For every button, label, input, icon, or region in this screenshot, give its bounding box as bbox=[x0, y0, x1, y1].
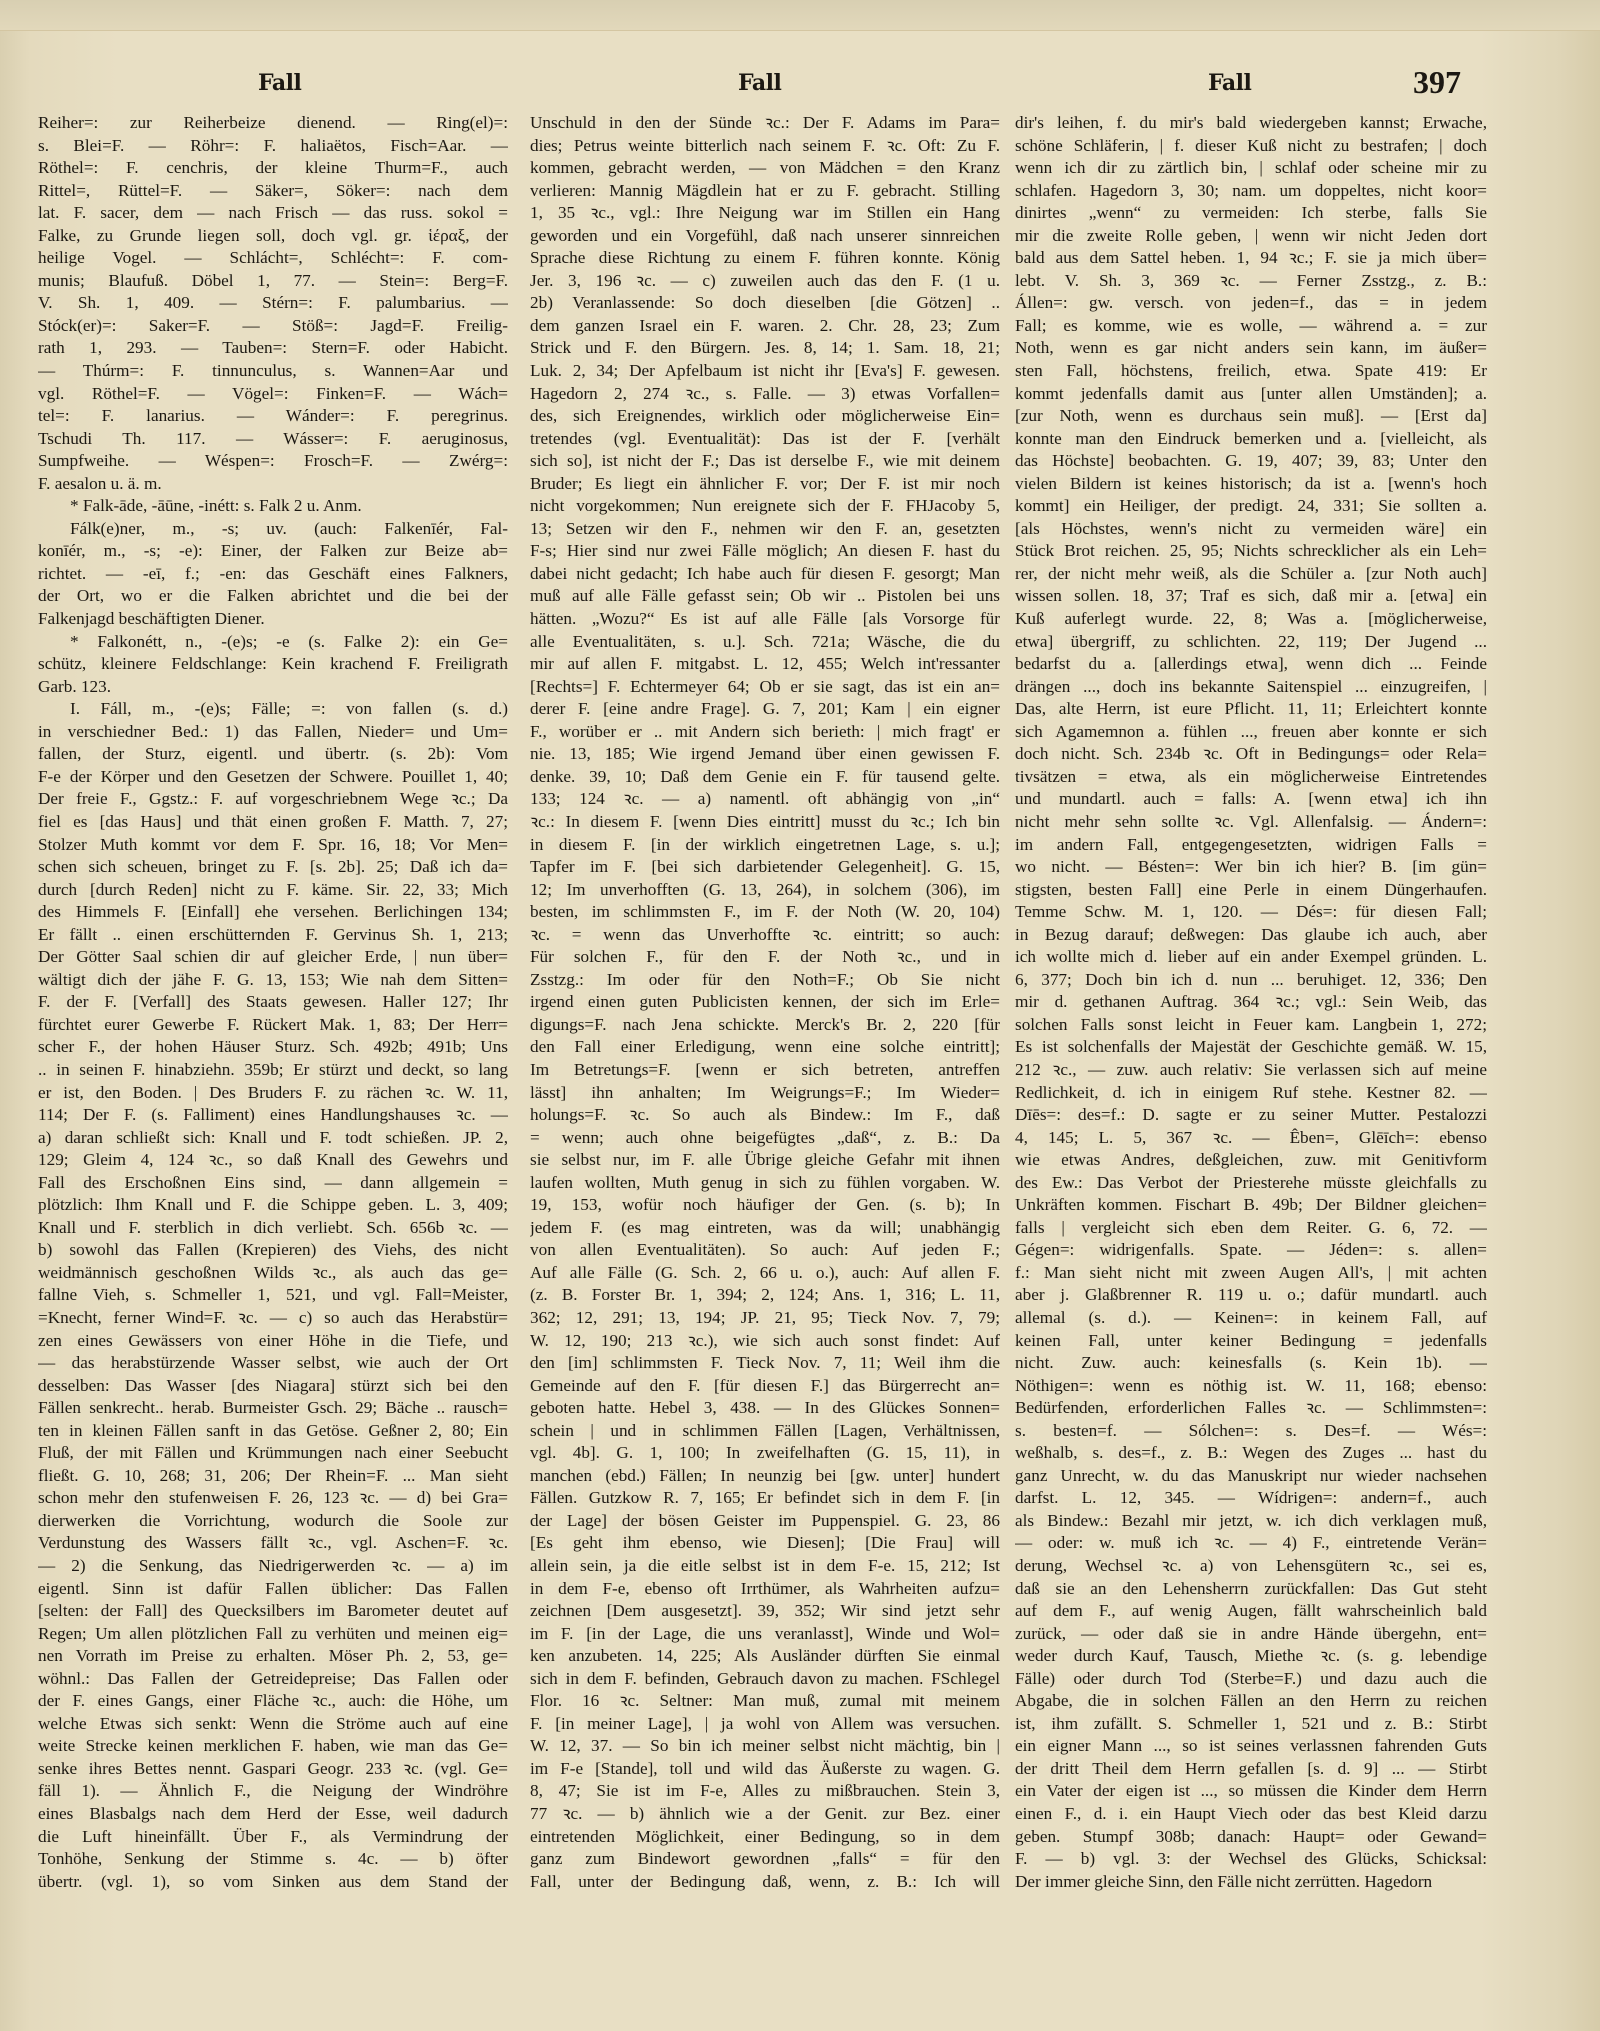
text-line: ten in kleinen Fällen sanft in das Getös… bbox=[38, 1420, 508, 1443]
text-line: Fall, unter der Bedingung daß, wenn, z. … bbox=[530, 1871, 1000, 1894]
text-line: der Ort, wo er die Falken abrichtet und … bbox=[38, 585, 508, 608]
text-line: mir auf allen F. mitgabst. L. 12, 455; W… bbox=[530, 653, 1000, 676]
text-line: denke. 39, 10; Daß dem Genie ein F. für … bbox=[530, 766, 1000, 789]
text-line: kommt jedenfalls damit aus [unter allen … bbox=[1015, 383, 1487, 406]
text-line: rath 1, 293. — Tauben=: Stern=F. oder Ha… bbox=[38, 337, 508, 360]
text-line: hätten. „Wozu?“ Es ist auf alle Fälle [a… bbox=[530, 608, 1000, 631]
text-line: tretendes (vgl. Eventualität): Das ist d… bbox=[530, 428, 1000, 451]
text-line: doch nicht. Sch. 234b ꝛc. Oft in Bedingu… bbox=[1015, 743, 1487, 766]
text-line: lässt] ihn anhalten; Im Weigrungs=F.; Im… bbox=[530, 1082, 1000, 1105]
text-line: Fällen senkrecht.. herab. Burmeister Gsc… bbox=[38, 1397, 508, 1420]
text-line: der F. eines Gangs, einer Fläche ꝛc., au… bbox=[38, 1690, 508, 1713]
text-line: 1, 35 ꝛc., vgl.: Ihre Neigung war im Sti… bbox=[530, 202, 1000, 225]
text-line: tivsätzen = etwa, als ein möglicherweise… bbox=[1015, 766, 1487, 789]
text-line: F. — b) vgl. 3: der Wechsel des Glücks, … bbox=[1015, 1848, 1487, 1871]
text-line: den Fall einer Erledigung, wenn eine sol… bbox=[530, 1036, 1000, 1059]
text-line: in verschiedner Bed.: 1) das Fallen, Nie… bbox=[38, 721, 508, 744]
text-line: den [im] schlimmsten F. Tieck Nov. 7, 11… bbox=[530, 1352, 1000, 1375]
text-line: schen sich scheuen, bringet zu F. [s. 2b… bbox=[38, 856, 508, 879]
text-line: wältigt dich der jähe F. G. 13, 153; Wie… bbox=[38, 969, 508, 992]
text-line: 6, 377; Doch bin ich d. nun ... beruhige… bbox=[1015, 969, 1487, 992]
text-line: fiel es [das Haus] und thät einen großen… bbox=[38, 811, 508, 834]
text-line: ist, ihm zufällt. S. Schmeller 1, 521 un… bbox=[1015, 1713, 1487, 1736]
text-line: — oder: w. muß ich ꝛc. — 4) F., eintrete… bbox=[1015, 1532, 1487, 1555]
text-line: allemal (s. d.). — Keinen=: in keinem Fa… bbox=[1015, 1307, 1487, 1330]
running-head-middle: Fall bbox=[738, 70, 781, 96]
text-line: Der Götter Saal schien dir auf gleicher … bbox=[38, 946, 508, 969]
text-line: sich so], ist nicht der F.; Das ist ders… bbox=[530, 450, 1000, 473]
text-line: übertr. (vgl. 1), so vom Sinken aus dem … bbox=[38, 1871, 508, 1894]
text-line: stigsten, besten Fall] eine Perle in ein… bbox=[1015, 879, 1487, 902]
text-line: F-e der Körper und den Gesetzen der Schw… bbox=[38, 766, 508, 789]
text-line: Für solchen F., für den F. der Noth ꝛc.,… bbox=[530, 946, 1000, 969]
text-line: s. Blei=F. — Röhr=: F. haliaëtos, Fisch=… bbox=[38, 135, 508, 158]
text-line: Garb. 123. bbox=[38, 676, 508, 699]
text-line: in dem F-e, ebenso oft Irrthümer, als Wa… bbox=[530, 1578, 1000, 1601]
text-line: I. Fáll, m., -(e)s; Fälle; =: von fallen… bbox=[38, 698, 508, 721]
text-line: Unkräften kommen. Fischart B. 49b; Der B… bbox=[1015, 1194, 1487, 1217]
text-line: Fälle) oder durch Tod (Sterbe=F.) und da… bbox=[1015, 1668, 1487, 1691]
text-line: 12; Im unverhofften (G. 13, 264), in sol… bbox=[530, 879, 1000, 902]
text-line: dir's leihen, f. du mir's bald wiedergeb… bbox=[1015, 112, 1487, 135]
text-line: fäll 1). — Ähnlich F., die Neigung der W… bbox=[38, 1780, 508, 1803]
text-line: Bedürfenden, erforderlichen Falles ꝛc. —… bbox=[1015, 1397, 1487, 1420]
text-line: Sumpfweihe. — Wéspen=: Frosch=F. — Zwérg… bbox=[38, 450, 508, 473]
text-line: Bruder; Es liegt ein ähnlicher F. vor; D… bbox=[530, 473, 1000, 496]
text-line: Jer. 3, 196 ꝛc. — c) zuweilen auch das d… bbox=[530, 270, 1000, 293]
text-line: eines Blasbalgs nach dem Herd der Esse, … bbox=[38, 1803, 508, 1826]
text-line: konīér, m., -s; -e): Einer, der Falken z… bbox=[38, 540, 508, 563]
text-line: holungs=F. ꝛc. So auch als Bindew.: Im F… bbox=[530, 1104, 1000, 1127]
text-line: 212 ꝛc., — zuw. auch relativ: Sie verlas… bbox=[1015, 1059, 1487, 1082]
text-line: Nöthigen=: wenn es nöthig ist. W. 11, 16… bbox=[1015, 1375, 1487, 1398]
text-line: s. besten=f. — Sólchen=: s. Des=f. — Wés… bbox=[1015, 1420, 1487, 1443]
text-line: in Bezug darauf; deßwegen: Das glaube ic… bbox=[1015, 924, 1487, 947]
text-line: [Es geht ihm ebenso, wie Diesen]; [Die F… bbox=[530, 1532, 1000, 1555]
text-line: schon mehr den stufenweisen F. 26, 123 ꝛ… bbox=[38, 1487, 508, 1510]
text-line: Temme Schw. M. 1, 120. — Dés=: für diese… bbox=[1015, 901, 1487, 924]
text-line: in diesem F. [in der wirklich eingetretn… bbox=[530, 834, 1000, 857]
text-column-left: Reiher=: zur Reiherbeize dienend. — Ring… bbox=[38, 112, 508, 1893]
text-line: auf dem F., auf wenig Augen, fällt wahrs… bbox=[1015, 1600, 1487, 1623]
text-line: manchen (ebd.) Fällen; In neunzig bei [g… bbox=[530, 1465, 1000, 1488]
text-line: schöne Schläferin, | f. dieser Kuß nicht… bbox=[1015, 135, 1487, 158]
text-line: vgl. 4b]. G. 1, 100; In zweifelhaften (G… bbox=[530, 1442, 1000, 1465]
text-line: Der freie F., Ggstz.: F. auf vorgeschrie… bbox=[38, 788, 508, 811]
text-line: dabei nicht gedacht; Ich habe auch für d… bbox=[530, 563, 1000, 586]
text-line: 133; 124 ꝛc. — a) namentl. oft abhängig … bbox=[530, 788, 1000, 811]
text-line: nie. 13, 185; Wie irgend Jemand über ein… bbox=[530, 743, 1000, 766]
text-line: F. [in meiner Lage], | ja wohl von Allem… bbox=[530, 1713, 1000, 1736]
text-line: V. Sh. 1, 409. — Stérn=: F. palumbarius.… bbox=[38, 292, 508, 315]
running-head-left: Fall bbox=[258, 70, 301, 96]
text-line: muß auf alle Fälle gefasst sein; Ob wir … bbox=[530, 585, 1000, 608]
text-line: jedem F. (es mag eintreten, was da will;… bbox=[530, 1217, 1000, 1240]
text-line: Es ist solchenfalls der Majestät der Ges… bbox=[1015, 1036, 1487, 1059]
text-line: sich in dem F. befinden, Gebrauch davon … bbox=[530, 1668, 1000, 1691]
text-line: im F. [in der Lage, die uns veranlasst],… bbox=[530, 1623, 1000, 1646]
text-line: Fall; es komme, wie es wolle, — während … bbox=[1015, 315, 1487, 338]
text-line: heilige Vogel. — Schlácht=, Schlécht=: F… bbox=[38, 247, 508, 270]
text-line: munis; Blaufuß. Döbel 1, 77. — Stein=: B… bbox=[38, 270, 508, 293]
text-line: Abgabe, die in solchen Fällen an den Her… bbox=[1015, 1690, 1487, 1713]
text-line: nicht vorgekommen; Nun ereignete sich de… bbox=[530, 495, 1000, 518]
text-line: ganz Unrecht, w. du das Manuskript nur w… bbox=[1015, 1465, 1487, 1488]
text-line: der dritt Theil dem Herrn gefallen [s. d… bbox=[1015, 1758, 1487, 1781]
text-line: mir die zweite Rolle geben, | wenn wir n… bbox=[1015, 225, 1487, 248]
text-line: 114; Der F. (s. Falliment) eines Handlun… bbox=[38, 1104, 508, 1127]
text-line: a) daran schließt sich: Knall und F. tod… bbox=[38, 1127, 508, 1150]
text-line: [selten: der Fall] des Quecksilbers im B… bbox=[38, 1600, 508, 1623]
text-line: ich wollte mich d. lieber auf ein ander … bbox=[1015, 946, 1487, 969]
text-line: weite Strecke keinen merklichen F. haben… bbox=[38, 1735, 508, 1758]
text-line: Tapfer im F. [bei sich darbietender Gele… bbox=[530, 856, 1000, 879]
text-line: Gemeinde auf den F. [für diesen F.] das … bbox=[530, 1375, 1000, 1398]
text-line: schütz, kleinere Feldschlange: Kein krac… bbox=[38, 653, 508, 676]
text-line: fürchtet eurer Gewerbe F. Rückert Mak. 1… bbox=[38, 1014, 508, 1037]
text-line: W. 12, 37. — So bin ich meiner selbst ni… bbox=[530, 1735, 1000, 1758]
text-line: falls | vergleicht sich eben dem Reiter.… bbox=[1015, 1217, 1487, 1240]
text-line: [zur Noth, wenn es durchaus sein muß]. —… bbox=[1015, 405, 1487, 428]
text-line: dinirtes „wenn“ zu vermeiden: Ich sterbe… bbox=[1015, 202, 1487, 225]
text-line: Stóck(er)=: Saker=F. — Stöß=: Jagd=F. Fr… bbox=[38, 315, 508, 338]
text-line: dierwerken die Vorrichtung, wodurch die … bbox=[38, 1510, 508, 1533]
text-line: plötzlich: Ihm Knall und F. die Schippe … bbox=[38, 1194, 508, 1217]
text-line: richtet. — -eī, f.; -en: das Geschäft ei… bbox=[38, 563, 508, 586]
text-line: wenn ich dir zu zärtlich bin, | schlaf o… bbox=[1015, 157, 1487, 180]
text-line: derung, Wechsel ꝛc. a) von Lehensgütern … bbox=[1015, 1555, 1487, 1578]
text-line: er ist, den Boden. | Des Bruders F. zu r… bbox=[38, 1082, 508, 1105]
text-line: und mundartl. auch = falls: A. [wenn etw… bbox=[1015, 788, 1487, 811]
text-line: 8, 47; Sie ist im F-e, Alles zu mißbrauc… bbox=[530, 1780, 1000, 1803]
text-line: Fálk(e)ner, m., -s; uv. (auch: Falkenīér… bbox=[38, 518, 508, 541]
text-line: Fällen. Gutzkow R. 7, 165; Er befindet s… bbox=[530, 1487, 1000, 1510]
text-line: geboten hatte. Hebel 3, 438. — In des Gl… bbox=[530, 1397, 1000, 1420]
text-line: ken anzubeten. 14, 225; Als Ausländer dü… bbox=[530, 1645, 1000, 1668]
text-line: des Himmels F. [Einfall] ehe versehen. B… bbox=[38, 901, 508, 924]
text-line: Röthel=: F. cenchris, der kleine Thurm=F… bbox=[38, 157, 508, 180]
text-line: wie etwas Andres, deßgleichen, zuw. mit … bbox=[1015, 1149, 1487, 1172]
text-line: lebt. V. Sh. 3, 369 ꝛc. — Ferner Zsstzg.… bbox=[1015, 270, 1487, 293]
text-line: Auf alle Fälle (G. Sch. 2, 66 u. o.), au… bbox=[530, 1262, 1000, 1285]
text-line: mir d. gethanen Auftrag. 364 ꝛc.; vgl.: … bbox=[1015, 991, 1487, 1014]
text-line: weidmännisch geschoßnen Wilds ꝛc., als a… bbox=[38, 1262, 508, 1285]
text-line: nicht. Zuw. auch: keinesfalls (s. Kein 1… bbox=[1015, 1352, 1487, 1375]
text-line: sie selbst nur, im F. alle Übrige gleich… bbox=[530, 1149, 1000, 1172]
text-line: verlieren: Mannig Mägdlein hat er zu F. … bbox=[530, 180, 1000, 203]
text-line: als Bindew.: Bezahl mir jetzt, w. ich di… bbox=[1015, 1510, 1487, 1533]
text-line: tel=: F. lanarius. — Wánder=: F. peregri… bbox=[38, 405, 508, 428]
text-line: dies; Petrus weinte bitterlich nach sein… bbox=[530, 135, 1000, 158]
text-line: durch [durch Reden] nicht zu F. käme. Si… bbox=[38, 879, 508, 902]
text-line: weder durch Kauf, Tausch, Miethe ꝛc. (s.… bbox=[1015, 1645, 1487, 1668]
text-line: — 2) die Senkung, das Niedrigerwerden ꝛc… bbox=[38, 1555, 508, 1578]
text-column-middle: Unschuld in den der Sünde ꝛc.: Der F. Ad… bbox=[530, 112, 1000, 1893]
text-line: Flor. 16 ꝛc. Seltner: Man muß, zumal mit… bbox=[530, 1690, 1000, 1713]
text-line: ꝛc. = wenn das Unverhoffte ꝛc. eintritt;… bbox=[530, 924, 1000, 947]
text-line: 2b) Veranlassende: So doch dieselben [di… bbox=[530, 292, 1000, 315]
text-line: 77 ꝛc. — b) ähnlich wie a der Genit. zur… bbox=[530, 1803, 1000, 1826]
text-line: schein | und in schlimmen Fällen [Lagen,… bbox=[530, 1420, 1000, 1443]
text-line: ein eigner Mann ..., so ist seines verla… bbox=[1015, 1735, 1487, 1758]
text-line: von allen Eventualitäten). So auch: Auf … bbox=[530, 1239, 1000, 1262]
text-line: Tschudi Th. 117. — Wásser=: F. aeruginos… bbox=[38, 428, 508, 451]
text-line: drängen ..., doch ins bekannte Saitenspi… bbox=[1015, 676, 1487, 699]
text-line: des Ew.: Das Verbot der Priesterehe müss… bbox=[1015, 1172, 1487, 1195]
text-line: fallne Vieh, s. Schmeller 1, 521, und vg… bbox=[38, 1284, 508, 1307]
text-line: eigentl. Sinn ist dafür Fallen üblicher:… bbox=[38, 1578, 508, 1601]
text-line: keinen Fall, unter keiner Bedingung = je… bbox=[1015, 1330, 1487, 1353]
text-line: darfst. L. 12, 345. — Wídrigen=: andern=… bbox=[1015, 1487, 1487, 1510]
text-line: Tonhöhe, Senkung der Stimme s. 4c. — b) … bbox=[38, 1848, 508, 1871]
text-line: nicht mehr sehn sollte ꝛc. Vgl. Allenfal… bbox=[1015, 811, 1487, 834]
text-line: derer F. [eine andre Frage]. G. 7, 201; … bbox=[530, 698, 1000, 721]
text-line: besten, im schlimmsten F., im F. der Not… bbox=[530, 901, 1000, 924]
text-line: Sprache diese Richtung zu einem F. führe… bbox=[530, 247, 1000, 270]
text-line: allein sein, ja die eitle selbst ist in … bbox=[530, 1555, 1000, 1578]
text-line: digungs=F. nach Jena schickte. Merck's B… bbox=[530, 1014, 1000, 1037]
text-line: Knall und F. sterblich in dich verliebt.… bbox=[38, 1217, 508, 1240]
text-line: aber j. Glaßbrenner R. 119 u. o.; dafür … bbox=[1015, 1284, 1487, 1307]
text-line: (z. B. Forster Br. 1, 394; 2, 124; Ans. … bbox=[530, 1284, 1000, 1307]
text-line: Kuß auferlegt wurde. 22, 8; Was a. [mögl… bbox=[1015, 608, 1487, 631]
running-head-right: Fall bbox=[1208, 70, 1251, 96]
text-line: laufen wollten, Muth genug in sich zu fü… bbox=[530, 1172, 1000, 1195]
text-line: desselben: Das Wasser [des Niagara] stür… bbox=[38, 1375, 508, 1398]
page-top-edge bbox=[0, 0, 1600, 31]
text-line: — das herabstürzende Wasser selbst, wie … bbox=[38, 1352, 508, 1375]
text-line: solchen Falls sonst leicht in Feuer kam.… bbox=[1015, 1014, 1487, 1037]
text-line: zurück, — oder daß sie in andre Hände üb… bbox=[1015, 1623, 1487, 1646]
text-line: Stück Brot reichen. 25, 95; Nichts schre… bbox=[1015, 540, 1487, 563]
text-line: Falke, zu Grunde liegen soll, doch vgl. … bbox=[38, 225, 508, 248]
page-number: 397 bbox=[1413, 64, 1461, 101]
text-line: kommen, gebracht werden, — von Mädchen =… bbox=[530, 157, 1000, 180]
text-line: Verdunstung des Wassers fällt ꝛc., vgl. … bbox=[38, 1532, 508, 1555]
text-line: wöhnl.: Das Fallen der Getreidepreise; D… bbox=[38, 1668, 508, 1691]
text-line: W. 12, 190; 213 ꝛc.), wie sich auch sons… bbox=[530, 1330, 1000, 1353]
text-line: Rittel=, Rüttel=F. — Säker=, Söker=: nac… bbox=[38, 180, 508, 203]
text-line: das Höchste] beobachten. G. 19, 407; 39,… bbox=[1015, 450, 1487, 473]
text-line: 13; Setzen wir den F., nehmen wir den F.… bbox=[530, 518, 1000, 541]
text-line: Redlichkeit, d. ich in einigem Ruf stehe… bbox=[1015, 1082, 1487, 1105]
text-line: F. aesalon u. ä. m. bbox=[38, 473, 508, 496]
text-line: Dīēs=: des=f.: D. sagte er zu seiner Mut… bbox=[1015, 1104, 1487, 1127]
text-line: bedarfst du a. [allerdings etwa], wenn d… bbox=[1015, 653, 1487, 676]
text-line: Zsstzg.: Im oder für den Noth=F.; Ob Sie… bbox=[530, 969, 1000, 992]
text-line: Noth, wenn es gar nicht anders sein kann… bbox=[1015, 337, 1487, 360]
text-line: Fluß, der mit Fällen und Krümmungen nach… bbox=[38, 1442, 508, 1465]
text-line: wo nicht. — Bésten=: Wer bin ich hier? B… bbox=[1015, 856, 1487, 879]
text-line: 19, 153, wofür noch häufiger der Gen. (s… bbox=[530, 1194, 1000, 1217]
text-line: bald aus dem Sattel heben. 1, 94 ꝛc.; F.… bbox=[1015, 247, 1487, 270]
text-line: daß sie an den Lehensherrn zurückfallen:… bbox=[1015, 1578, 1487, 1601]
text-line: fließt. G. 10, 268; 31, 206; Der Rhein=F… bbox=[38, 1465, 508, 1488]
text-line: sten Fall, höchstens, freilich, etwa. Sp… bbox=[1015, 360, 1487, 383]
text-line: rer, der nicht mehr weiß, als die Schüle… bbox=[1015, 563, 1487, 586]
text-line: 362; 12, 291; 13, 194; JP. 21, 95; Tieck… bbox=[530, 1307, 1000, 1330]
text-line: Er fällt .. einen erschütternden F. Gerv… bbox=[38, 924, 508, 947]
text-line: weßhalb, s. des=f., z. B.: Wegen des Zug… bbox=[1015, 1442, 1487, 1465]
text-line: lat. F. sacer, dem — nach Frisch — das r… bbox=[38, 202, 508, 225]
text-line: Reiher=: zur Reiherbeize dienend. — Ring… bbox=[38, 112, 508, 135]
text-line: geben. Stumpf 308b; danach: Haupt= oder … bbox=[1015, 1826, 1487, 1849]
text-line: Állen=: gw. versch. von jeden=f., das = … bbox=[1015, 292, 1487, 315]
text-line: vielen Bildern ist keines historisch; da… bbox=[1015, 473, 1487, 496]
text-line: kommt] ein Heiliger, der predigt. 24, 33… bbox=[1015, 495, 1487, 518]
text-line: fallen, der Sturz, eigentl. und übertr. … bbox=[38, 743, 508, 766]
text-line: Der immer gleiche Sinn, den Fälle nicht … bbox=[1015, 1871, 1487, 1894]
text-line: Im Betretungs=F. [wenn er sich betreten,… bbox=[530, 1059, 1000, 1082]
dictionary-page: Fall Fall Fall 397 Reiher=: zur Reiherbe… bbox=[0, 0, 1600, 2031]
text-line: sich Agamemnon a. fühlen ..., freuen abe… bbox=[1015, 721, 1487, 744]
text-line: geworden und ein Vorgefühl, daß nach uns… bbox=[530, 225, 1000, 248]
text-line: * Falk-āde, -āūne, -inétt: s. Falk 2 u. … bbox=[38, 495, 508, 518]
text-line: eintretenden Möglichkeit, einer Bedingun… bbox=[530, 1826, 1000, 1849]
text-line: dem ganzen Israel ein F. waren. 2. Chr. … bbox=[530, 315, 1000, 338]
text-line: Das, alte Herrn, ist eure Pflicht. 11, 1… bbox=[1015, 698, 1487, 721]
text-line: einen F., d. i. ein Haupt Viech oder das… bbox=[1015, 1803, 1487, 1826]
text-line: im F-e [Stande], toll und wild das Äußer… bbox=[530, 1758, 1000, 1781]
text-line: =Knecht, ferner Wind=F. ꝛc. — c) so auch… bbox=[38, 1307, 508, 1330]
text-line: [als Höchstes, wenn's nicht zu vermeiden… bbox=[1015, 518, 1487, 541]
text-line: F. der F. [Verfall] des Staats gewesen. … bbox=[38, 991, 508, 1014]
text-line: Falkenjagd beschäftigten Diener. bbox=[38, 608, 508, 631]
text-line: senke ihres Bettes nennt. Gaspari Geogr.… bbox=[38, 1758, 508, 1781]
text-line: zen eines Gewässers von einer Höhe in di… bbox=[38, 1330, 508, 1353]
text-line: die Luft hineinfällt. Über F., als Vermi… bbox=[38, 1826, 508, 1849]
text-line: F., worüber er .. mit Andern sich beriet… bbox=[530, 721, 1000, 744]
text-column-right: dir's leihen, f. du mir's bald wiedergeb… bbox=[1015, 112, 1487, 1893]
text-line: Gégen=: widrigenfalls. Spate. — Jéden=: … bbox=[1015, 1239, 1487, 1262]
text-line: Strick und F. den Bürgern. Jes. 8, 14; 1… bbox=[530, 337, 1000, 360]
text-line: nen Vorrath im Preise zu erhalten. Möser… bbox=[38, 1645, 508, 1668]
text-line: ꝛc.: In diesem F. [wenn Dies eintritt] m… bbox=[530, 811, 1000, 834]
text-line: alle Eventualitäten, s. u.]. Sch. 721a; … bbox=[530, 631, 1000, 654]
text-line: .. in seinen F. hinabziehn. 359b; Er stü… bbox=[38, 1059, 508, 1082]
text-line: schlafen. Hagedorn 3, 30; nam. um doppel… bbox=[1015, 180, 1487, 203]
text-line: im andern Fall, entgegengesetzten, widri… bbox=[1015, 834, 1487, 857]
text-line: f.: Man sieht nicht mit zween Augen All'… bbox=[1015, 1262, 1487, 1285]
text-line: F-s; Hier sind nur zwei Fälle möglich; A… bbox=[530, 540, 1000, 563]
text-line: scher F., der hohen Häuser Sturz. Sch. 4… bbox=[38, 1036, 508, 1059]
text-line: 129; Gleim 4, 124 ꝛc., so daß Knall des … bbox=[38, 1149, 508, 1172]
text-line: etwa] übergriff, zu schlichten. 22, 119;… bbox=[1015, 631, 1487, 654]
text-line: Luk. 2, 34; Der Apfelbaum ist nicht ihr … bbox=[530, 360, 1000, 383]
text-line: Unschuld in den der Sünde ꝛc.: Der F. Ad… bbox=[530, 112, 1000, 135]
text-line: des, sich Ereignendes, wirklich oder mög… bbox=[530, 405, 1000, 428]
text-line: irgend einen guten Publicisten kennen, d… bbox=[530, 991, 1000, 1014]
text-line: b) sowohl das Fallen (Krepieren) des Vie… bbox=[38, 1239, 508, 1262]
text-line: * Falkonétt, n., -(e)s; -e (s. Falke 2):… bbox=[38, 631, 508, 654]
text-line: Stolzer Muth kommt vor dem F. Spr. 16, 1… bbox=[38, 834, 508, 857]
text-line: welche Etwas sich senkt: Wenn die Ströme… bbox=[38, 1713, 508, 1736]
text-line: = wenn; auch ohne beigefügtes „daß“, z. … bbox=[530, 1127, 1000, 1150]
text-line: [Rechts=] F. Echtermeyer 64; Ob er sie s… bbox=[530, 676, 1000, 699]
text-line: 4, 145; L. 5, 367 ꝛc. — Êben=, Glēīch=: … bbox=[1015, 1127, 1487, 1150]
text-line: — Thúrm=: F. tinnunculus, s. Wannen=Aar … bbox=[38, 360, 508, 383]
text-line: Hagedorn 2, 274 ꝛc., s. Falle. — 3) etwa… bbox=[530, 383, 1000, 406]
text-line: vgl. Röthel=F. — Vögel=: Finken=F. — Wác… bbox=[38, 383, 508, 406]
text-line: der Lage] der bösen Geister im Puppenspi… bbox=[530, 1510, 1000, 1533]
text-line: Fall des Erschoßnen Eins sind, — dann al… bbox=[38, 1172, 508, 1195]
text-line: ganz zum Bindewort gewordnen „falls“ = f… bbox=[530, 1848, 1000, 1871]
text-line: ein Vater der eigen ist ..., so müssen d… bbox=[1015, 1780, 1487, 1803]
text-line: Regen; Um allen plötzlichen Fall zu verh… bbox=[38, 1623, 508, 1646]
text-line: konnte man den Eindruck bemerken und a. … bbox=[1015, 428, 1487, 451]
text-line: wissen sollen. 18, 37; Traf es sich, daß… bbox=[1015, 585, 1487, 608]
text-line: zeichnen [Dem ausgesetzt]. 39, 352; Wir … bbox=[530, 1600, 1000, 1623]
